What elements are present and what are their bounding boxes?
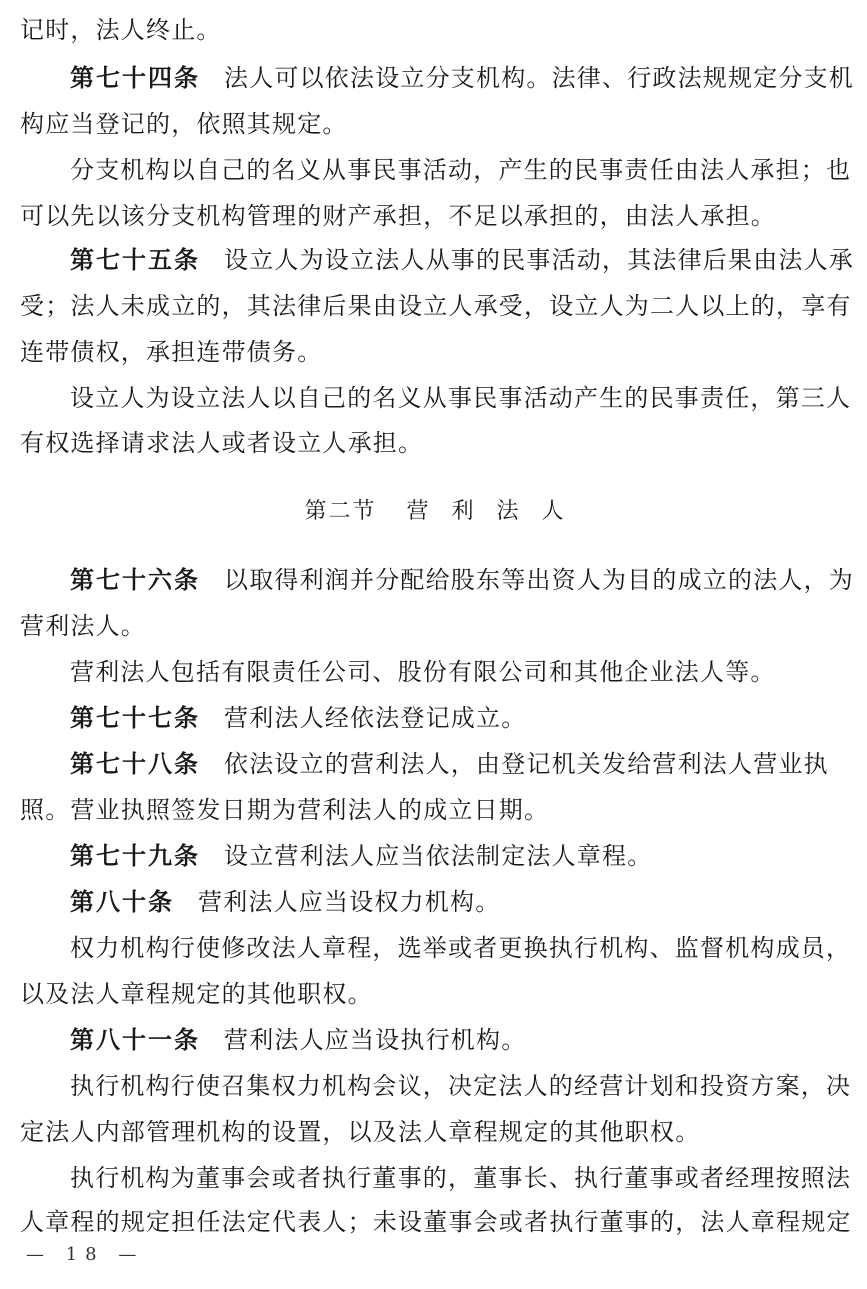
line-text: 营利法人包括有限责任公司、股份有限公司和其他企业法人等。: [70, 658, 776, 686]
line-text: 营利法人经依法登记成立。: [224, 704, 526, 732]
line-text: 有权选择请求法人或者设立人承担。: [20, 429, 423, 457]
article-76: 第七十六条以取得利润并分配给股东等出资人为目的成立的法人，为: [70, 560, 854, 600]
paragraph-line: 营利法人包括有限责任公司、股份有限公司和其他企业法人等。: [70, 652, 776, 692]
line-text: 以取得利润并分配给股东等出资人为目的成立的法人，为: [224, 566, 854, 594]
line-text: 设立人为设立法人以自己的名义从事民事活动产生的民事责任，第三人: [70, 384, 851, 412]
article-heading: 第八十条: [70, 888, 174, 916]
line-text: 营利法人。: [20, 612, 146, 640]
article-81: 第八十一条营利法人应当设执行机构。: [70, 1020, 526, 1060]
section-title: 营 利 法 人: [407, 499, 566, 524]
text-line: 构应当登记的，依照其规定。: [20, 104, 348, 144]
section-heading: 第二节营 利 法 人: [20, 492, 850, 532]
article-heading: 第七十四条: [70, 64, 200, 92]
article-80: 第八十条营利法人应当设权力机构。: [70, 882, 500, 922]
line-text: 设立人为设立法人从事的民事活动，其法律后果由法人承: [224, 246, 854, 274]
paragraph-line: 设立人为设立法人以自己的名义从事民事活动产生的民事责任，第三人: [70, 378, 851, 418]
text-line: 记时，法人终止。: [20, 10, 222, 50]
line-text: 人章程的规定担任法定代表人；未设董事会或者执行董事的，法人章程规定: [20, 1208, 852, 1236]
line-text: 营利法人应当设执行机构。: [224, 1026, 526, 1054]
article-75: 第七十五条设立人为设立法人从事的民事活动，其法律后果由法人承: [70, 240, 854, 280]
article-heading: 第七十五条: [70, 246, 200, 274]
text-line: 人章程的规定担任法定代表人；未设董事会或者执行董事的，法人章程规定: [20, 1202, 852, 1242]
paragraph-line: 执行机构行使召集权力机构会议，决定法人的经营计划和投资方案，决: [70, 1066, 851, 1106]
line-text: 执行机构为董事会或者执行董事的，董事长、执行董事或者经理按照法: [70, 1164, 851, 1192]
text-line: 以及法人章程规定的其他职权。: [20, 974, 373, 1014]
line-text: 营利法人应当设权力机构。: [198, 888, 500, 916]
article-79: 第七十九条设立营利法人应当依法制定法人章程。: [70, 836, 652, 876]
line-text: 照。营业执照签发日期为营利法人的成立日期。: [20, 796, 549, 824]
text-line: 营利法人。: [20, 606, 146, 646]
line-text: 受；法人未成立的，其法律后果由设立人承受，设立人为二人以上的，享有: [20, 292, 852, 320]
article-heading: 第七十八条: [70, 750, 200, 778]
article-77: 第七十七条营利法人经依法登记成立。: [70, 698, 526, 738]
line-text: 权力机构行使修改法人章程，选举或者更换执行机构、监督机构成员，: [70, 934, 851, 962]
section-prefix: 第二节: [305, 499, 377, 524]
article-heading: 第七十六条: [70, 566, 200, 594]
line-text: 执行机构行使召集权力机构会议，决定法人的经营计划和投资方案，决: [70, 1072, 851, 1100]
text-line: 照。营业执照签发日期为营利法人的成立日期。: [20, 790, 549, 830]
article-heading: 第八十一条: [70, 1026, 200, 1054]
text-line: 受；法人未成立的，其法律后果由设立人承受，设立人为二人以上的，享有: [20, 286, 852, 326]
paragraph-line: 权力机构行使修改法人章程，选举或者更换执行机构、监督机构成员，: [70, 928, 851, 968]
page-number: — 18 —: [26, 1240, 144, 1270]
line-text: 法人可以依法设立分支机构。法律、行政法规规定分支机: [224, 64, 854, 92]
article-heading: 第七十九条: [70, 842, 200, 870]
line-text: 以及法人章程规定的其他职权。: [20, 980, 373, 1008]
article-heading: 第七十七条: [70, 704, 200, 732]
text-line: 定法人内部管理机构的设置，以及法人章程规定的其他职权。: [20, 1112, 700, 1152]
line-text: 可以先以该分支机构管理的财产承担，不足以承担的，由法人承担。: [20, 202, 776, 230]
line-text: 记时，法人终止。: [20, 16, 222, 44]
line-text: 连带债权，承担连带债务。: [20, 338, 322, 366]
line-text: 分支机构以自己的名义从事民事活动，产生的民事责任由法人承担；也: [70, 156, 851, 184]
line-text: 构应当登记的，依照其规定。: [20, 110, 348, 138]
line-text: 依法设立的营利法人，由登记机关发给营利法人营业执: [224, 750, 829, 778]
paragraph-line: 执行机构为董事会或者执行董事的，董事长、执行董事或者经理按照法: [70, 1158, 851, 1198]
article-78: 第七十八条依法设立的营利法人，由登记机关发给营利法人营业执: [70, 744, 829, 784]
line-text: 定法人内部管理机构的设置，以及法人章程规定的其他职权。: [20, 1118, 700, 1146]
article-74: 第七十四条法人可以依法设立分支机构。法律、行政法规规定分支机: [70, 58, 854, 98]
line-text: 设立营利法人应当依法制定法人章程。: [224, 842, 652, 870]
text-line: 连带债权，承担连带债务。: [20, 332, 322, 372]
text-line: 有权选择请求法人或者设立人承担。: [20, 423, 423, 463]
paragraph-line: 分支机构以自己的名义从事民事活动，产生的民事责任由法人承担；也: [70, 150, 851, 190]
text-line: 可以先以该分支机构管理的财产承担，不足以承担的，由法人承担。: [20, 196, 776, 236]
